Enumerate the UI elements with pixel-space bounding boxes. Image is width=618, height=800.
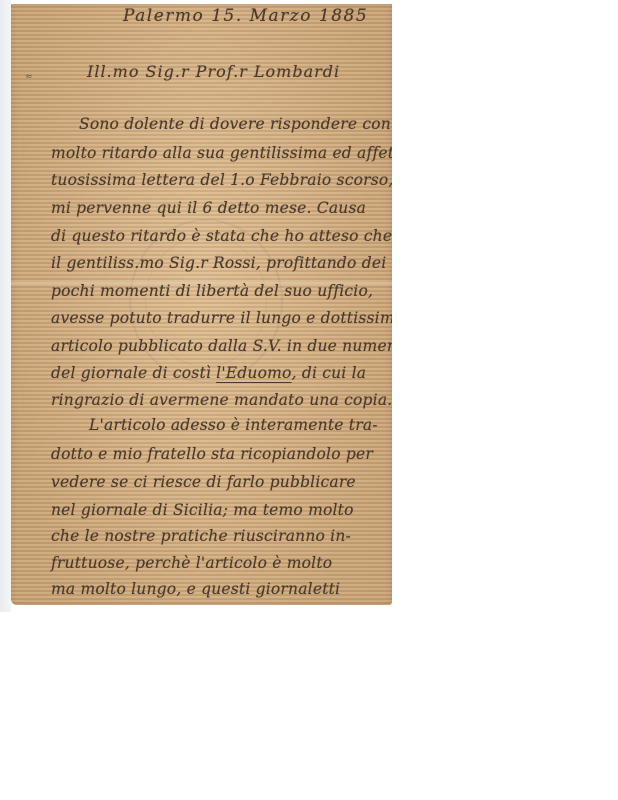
body-line-5: di questo ritardo è stata che ho atteso … [51,227,392,245]
body-line-3: tuosissima lettera del 1.o Febbraio scor… [51,171,392,189]
body-line-10: del giornale di costì l'Eduomo, di cui l… [51,364,366,382]
scanned-page: Palermo 15. Marzo 1885 ≈ Ill.mo Sig.r Pr… [0,0,618,800]
body-line-11: ringrazio di avermene mandato una copia. [51,391,392,409]
body-line-12: L'articolo adesso è interamente tra- [89,416,378,434]
place-date-heading: Palermo 15. Marzo 1885 [123,6,368,26]
body-line-2: molto ritardo alla sua gentilissima ed a… [51,144,392,162]
body-line-17: fruttuose, perchè l'articolo è molto [51,554,332,572]
margin-mark: ≈ [25,72,33,82]
body-line-1: Sono dolente di dovere rispondere con [79,115,391,133]
body-line-6: il gentiliss.mo Sig.r Rossi, profittando… [51,254,386,272]
letter-paper: Palermo 15. Marzo 1885 ≈ Ill.mo Sig.r Pr… [11,4,392,605]
body-line-9: articolo pubblicato dalla S.V. in due nu… [51,337,392,355]
body-line-13: dotto e mio fratello sta ricopiandolo pe… [51,445,373,463]
newspaper-name: l'Eduomo [216,364,291,382]
body-line-4: mi pervenne qui il 6 detto mese. Causa [51,199,366,217]
body-line-18: ma molto lungo, e questi giornaletti [51,580,340,598]
salutation: Ill.mo Sig.r Prof.r Lombardi [87,62,340,81]
body-line-8: avesse potuto tradurre il lungo e dottis… [51,309,392,327]
body-line-14: vedere se ci riesce di farlo pubblicare [51,473,356,491]
body-line-7: pochi momenti di libertà del suo ufficio… [51,282,373,300]
scan-edge-strip [0,0,11,612]
body-line-16: che le nostre pratiche riusciranno in- [51,527,351,545]
body-line-15: nel giornale di Sicilia; ma temo molto [51,501,354,519]
